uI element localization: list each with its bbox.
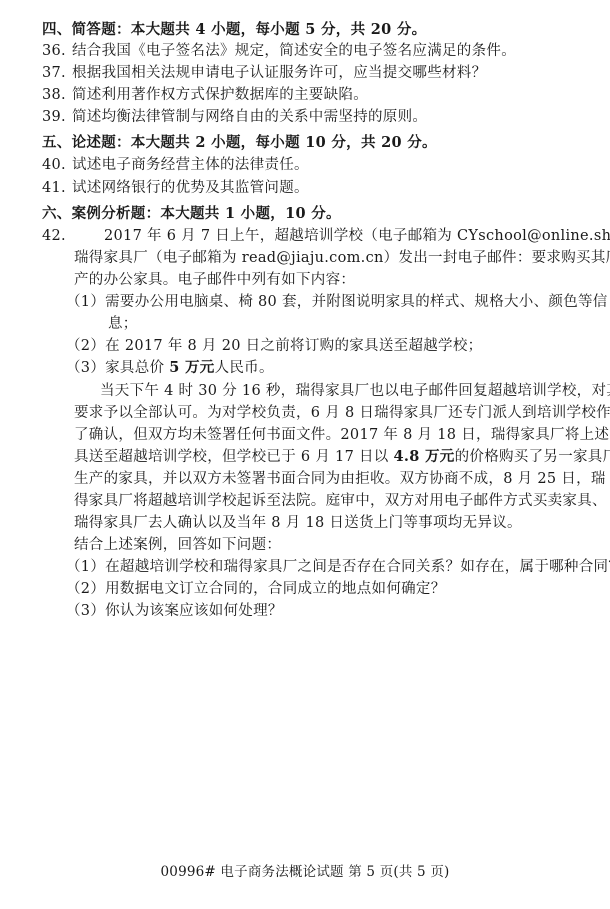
question-38: 38.简述利用著作权方式保护数据库的主要缺陷。 [42,85,368,105]
question-39: 39.简述均衡法律管制与网络自由的关系中需坚持的原则。 [42,107,427,127]
price-5w: 5 万元 [169,359,214,376]
narrative-line-4: 具送至超越培训学校，但学校已于 6 月 17 日以 4.8 万元的价格购买了另一… [74,447,610,467]
case-item-3: （3）家具总价 5 万元人民币。 [66,358,274,378]
narrative-line-6: 得家具厂将超越培训学校起诉至法院。庭审中，双方对用电子邮件方式买卖家具、 [74,491,607,511]
question-36: 36.结合我国《电子签名法》规定，简述安全的电子签名应满足的条件。 [42,41,516,61]
narrative-line-1: 当天下午 4 时 30 分 16 秒，瑞得家具厂也以电子邮件回复超越培训学校，对… [100,381,610,401]
case-prompt: 结合上述案例，回答如下问题： [74,535,281,555]
question-37: 37.根据我国相关法规申请电子认证服务许可，应当提交哪些材料？ [42,63,486,83]
sub-question-1: （1）在超越培训学校和瑞得家具厂之间是否存在合同关系？如存在，属于哪种合同？ [66,557,610,577]
section-6-heading: 六、案例分析题：本大题共 1 小题，10 分。 [42,204,341,224]
case-item-1-cont: 息； [108,314,138,334]
question-42-line-1: 42.2017 年 6 月 7 日上午，超越培训学校（电子邮箱为 CYschoo… [42,226,610,246]
question-40: 40.试述电子商务经营主体的法律责任。 [42,155,309,175]
price-4-8w: 4.8 万元 [394,448,455,465]
section-5-heading: 五、论述题：本大题共 2 小题，每小题 10 分，共 20 分。 [42,133,437,153]
narrative-line-3: 了确认，但双方均未签署任何书面文件。2017 年 8 月 18 日，瑞得家具厂将… [74,425,610,445]
case-line-2: 瑞得家具厂（电子邮箱为 read@jiaju.com.cn）发出一封电子邮件：要… [74,248,610,268]
narrative-line-2: 要求予以全部认可。为对学校负责，6 月 8 日瑞得家具厂还专门派人到培训学校作 [74,403,610,423]
page-footer: 00996# 电子商务法概论试题 第 5 页(共 5 页) [0,860,610,880]
question-41: 41.试述网络银行的优势及其监管问题。 [42,178,309,198]
narrative-line-7: 瑞得家具厂去人确认以及当年 8 月 18 日送货上门等事项均无异议。 [74,513,522,533]
section-4-heading: 四、简答题：本大题共 4 小题，每小题 5 分，共 20 分。 [42,20,426,40]
sub-question-3: （3）你认为该案应该如何处理？ [66,601,283,621]
case-item-2: （2）在 2017 年 8 月 20 日之前将订购的家具送至超越学校； [66,336,482,356]
case-item-1: （1）需要办公用电脑桌、椅 80 套，并附图说明家具的样式、规格大小、颜色等信 [66,292,608,312]
narrative-line-5: 生产的家具，并以双方未签署书面合同为由拒收。双方协商不成，8 月 25 日，瑞 [74,469,606,489]
case-line-3: 产的办公家具。电子邮件中列有如下内容： [74,270,355,290]
sub-question-2: （2）用数据电文订立合同的，合同成立的地点如何确定？ [66,579,446,599]
